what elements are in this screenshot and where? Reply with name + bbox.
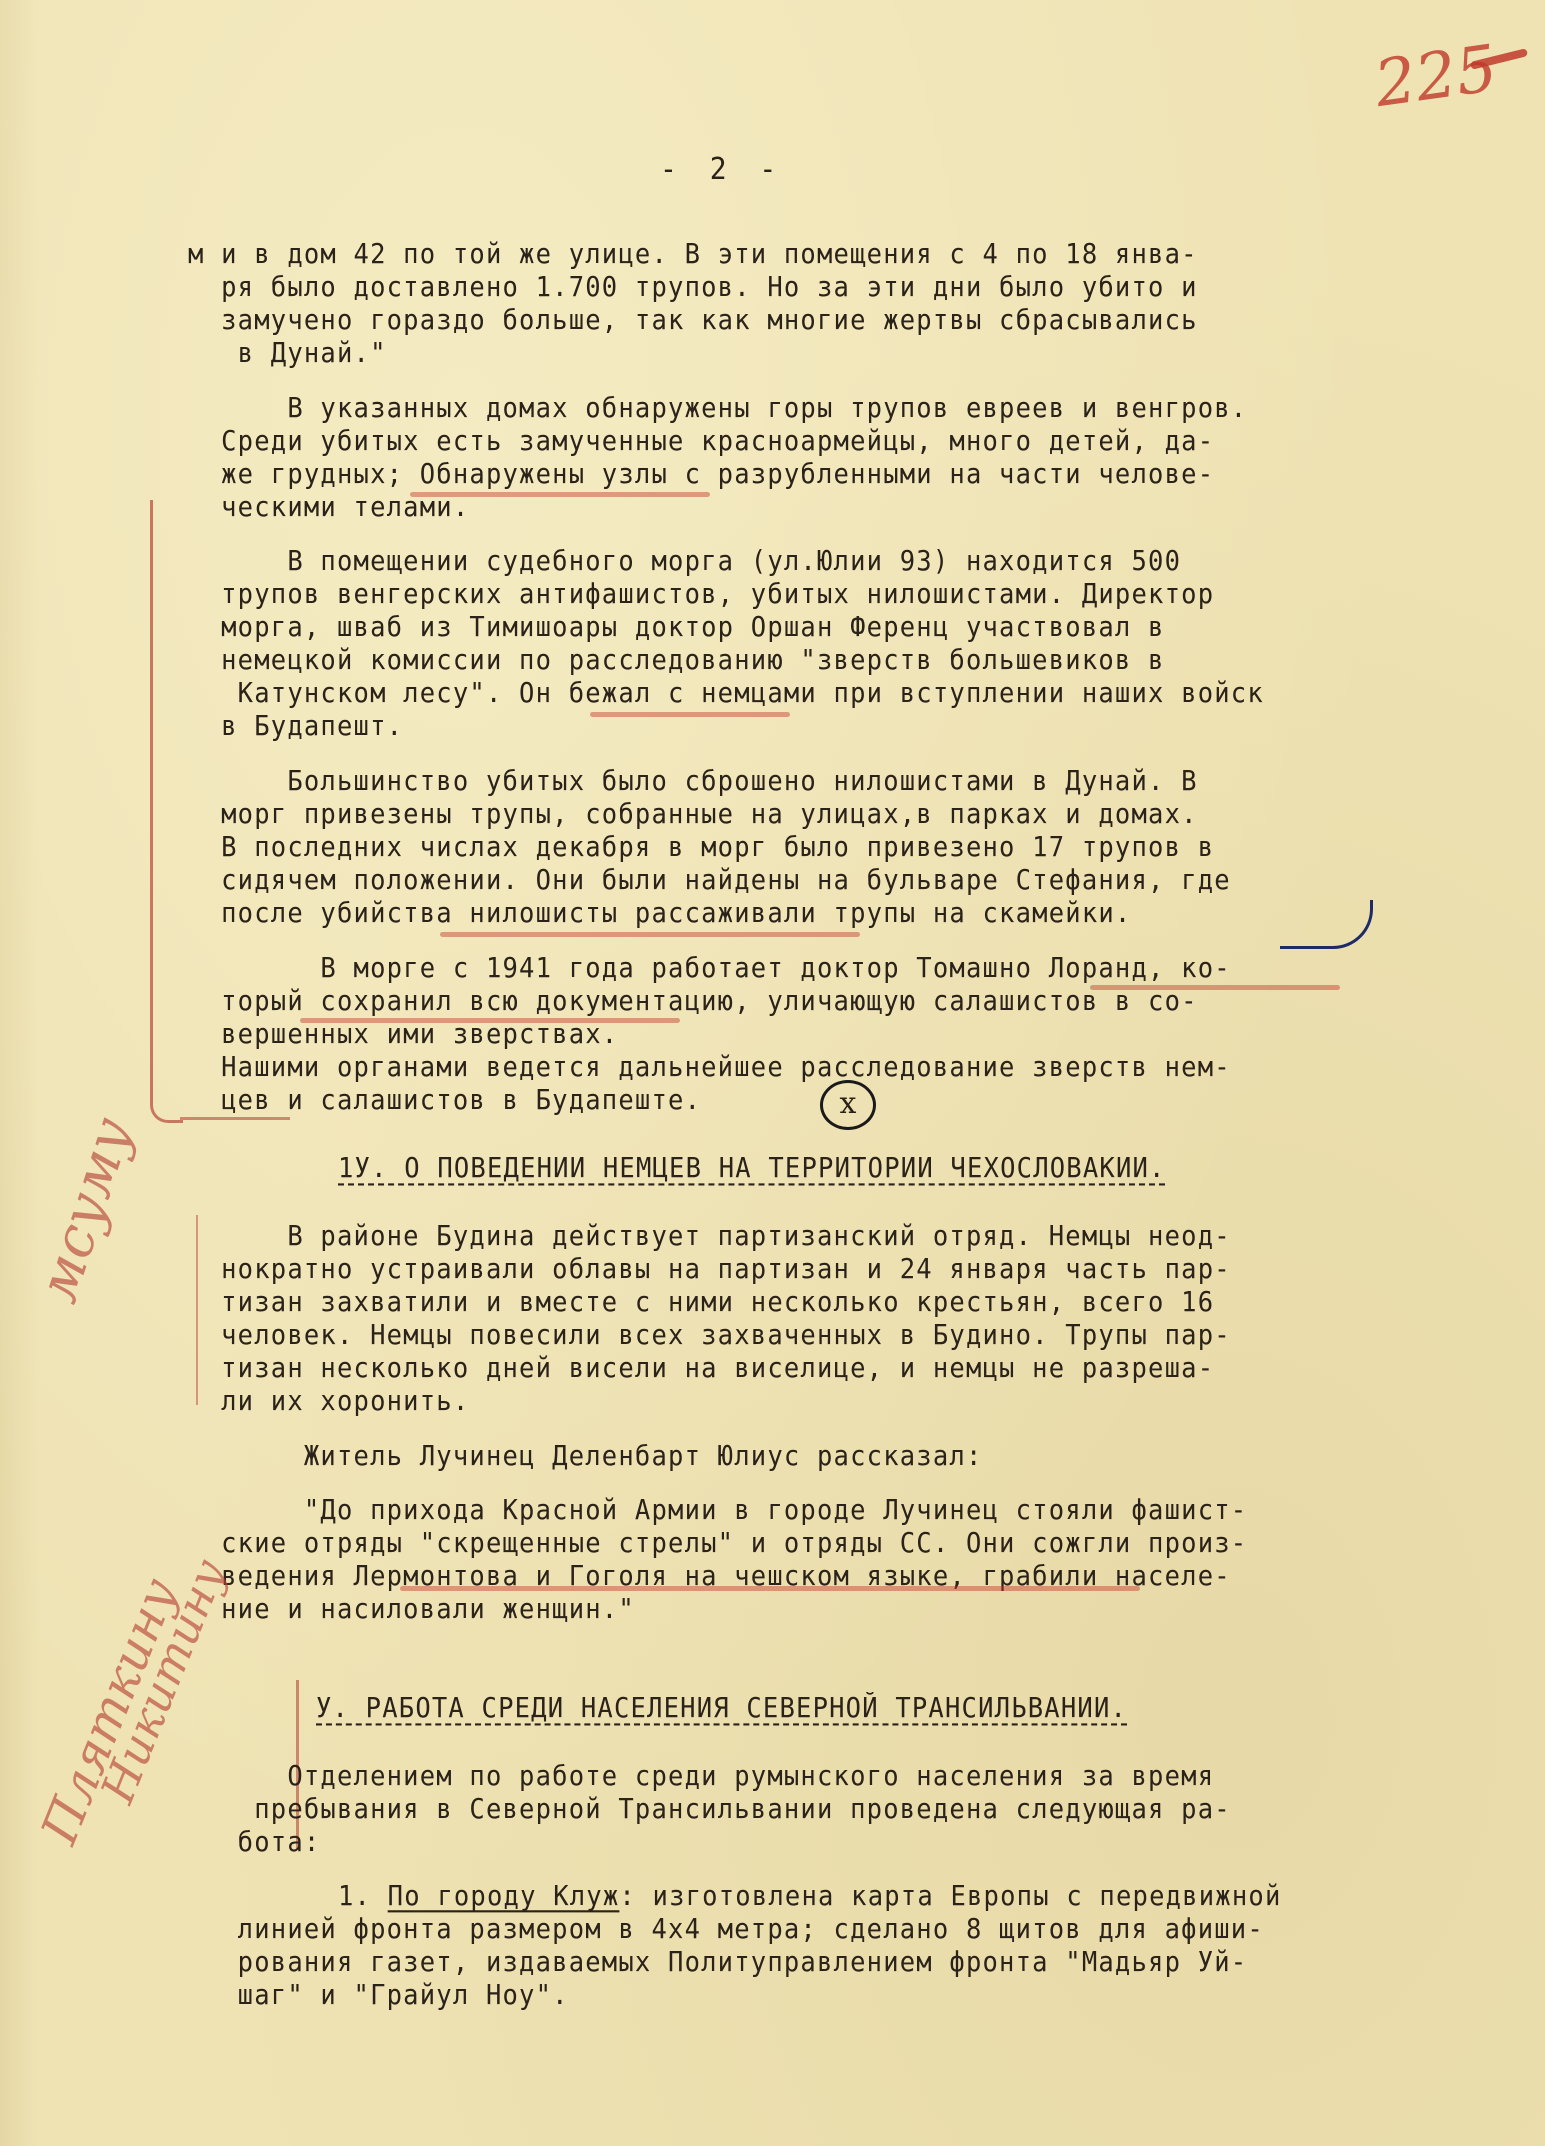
- paragraph-8-line-3: бота:: [188, 1826, 320, 1859]
- quote-line-4: ние и насиловали женщин.": [188, 1593, 635, 1626]
- paragraph-6-line-5: тизан несколько дней висели на виселице,…: [188, 1352, 1214, 1385]
- paragraph-5-line-4: Нашими органами ведется дальнейшее рассл…: [188, 1051, 1231, 1084]
- red-pencil-underline: [400, 1586, 1140, 1591]
- paragraph-3-line-1: В помещении судебного морга (ул.Юлии 93)…: [188, 545, 1181, 578]
- red-pencil-underline: [1090, 985, 1340, 990]
- item-1-text: : изготовлена карта Европы с передвижной: [619, 1880, 1281, 1912]
- document-page: 225 - 2 - м и в дом 42 по той же улице. …: [0, 0, 1545, 2146]
- paragraph-5-line-3: вершенных ими зверствах.: [188, 1018, 618, 1051]
- section-4-heading: 1У. О ПОВЕДЕНИИ НЕМЦЕВ НА ТЕРРИТОРИИ ЧЕХ…: [338, 1152, 1166, 1185]
- paragraph-3-line-3: морга, шваб из Тимишоары доктор Оршан Фе…: [188, 611, 1165, 644]
- paragraph-5-line-2: торый сохранил всю документацию, уличающ…: [188, 985, 1198, 1018]
- paragraph-1-line-3: замучено гораздо больше, так как многие …: [188, 304, 1198, 337]
- paragraph-3-line-6: в Будапешт.: [188, 710, 403, 743]
- section-5-heading: У. РАБОТА СРЕДИ НАСЕЛЕНИЯ СЕВЕРНОЙ ТРАНС…: [316, 1692, 1127, 1725]
- paragraph-1-line-2: ря было доставлено 1.700 трупов. Но за э…: [188, 271, 1198, 304]
- paragraph-8-line-2: пребывания в Северной Трансильвании пров…: [188, 1793, 1231, 1826]
- paragraph-3-line-4: немецкой комиссии по расследованию "звер…: [188, 644, 1165, 677]
- paragraph-5-line-5: цев и салашистов в Будапеште.: [188, 1084, 701, 1117]
- page-number: - 2 -: [660, 152, 784, 185]
- red-pencil-underline: [300, 1018, 680, 1023]
- paragraph-3-line-2: трупов венгерских антифашистов, убитых н…: [188, 578, 1214, 611]
- paragraph-6-line-2: нократно устраивали облавы на партизан и…: [188, 1253, 1231, 1286]
- paragraph-8-line-1: Отделением по работе среди румынского на…: [188, 1760, 1214, 1793]
- paragraph-4-line-3: В последних числах декабря в морг было п…: [188, 831, 1214, 864]
- paragraph-2-line-1: В указанных домах обнаружены горы трупов…: [188, 392, 1247, 425]
- paragraph-2-line-3: же грудных; Обнаружены узлы с разрубленн…: [188, 458, 1214, 491]
- red-pencil-underline: [590, 712, 790, 717]
- folio-number-handwritten: 225: [1370, 32, 1501, 122]
- item-1-line-2: линией фронта размером в 4х4 метра; сдел…: [188, 1913, 1264, 1946]
- paragraph-5-line-1: В морге с 1941 года работает доктор Тома…: [188, 952, 1231, 985]
- item-1-line-4: шаг" и "Грайул Ноу".: [188, 1979, 569, 2012]
- paragraph-6-line-6: ли их хоронить.: [188, 1385, 469, 1418]
- paragraph-2-line-2: Среди убитых есть замученные красноармей…: [188, 425, 1214, 458]
- item-1-label: По городу Клуж: [388, 1880, 620, 1912]
- blue-ink-insertion-mark: [1280, 900, 1373, 949]
- paragraph-6-line-3: тизан захватили и вместе с ними нескольк…: [188, 1286, 1214, 1319]
- paragraph-4-line-5: после убийства нилошисты рассаживали тру…: [188, 897, 1131, 930]
- item-1-number: 1.: [338, 1880, 371, 1912]
- item-1-line-3: рования газет, издаваемых Политуправлени…: [188, 1946, 1247, 1979]
- red-pencil-bracket-tail: [180, 1117, 290, 1120]
- paragraph-1-line-1: м и в дом 42 по той же улице. В эти поме…: [188, 238, 1198, 271]
- paragraph-4-line-1: Большинство убитых было сброшено нилошис…: [188, 765, 1198, 798]
- paragraph-7: Житель Лучинец Деленбарт Юлиус рассказал…: [188, 1440, 983, 1473]
- quote-line-2: ские отряды "скрещенные стрелы" и отряды…: [188, 1527, 1247, 1560]
- paragraph-4-line-4: сидячем положении. Они были найдены на б…: [188, 864, 1231, 897]
- red-pencil-underline: [440, 932, 860, 937]
- red-pencil-underline: [410, 492, 710, 497]
- red-pencil-margin-bracket: [150, 500, 183, 1123]
- paragraph-6-line-4: человек. Немцы повесили всех захваченных…: [188, 1319, 1231, 1352]
- circled-x-mark: x: [820, 1080, 876, 1130]
- paragraph-4-line-2: морг привезены трупы, собранные на улица…: [188, 798, 1198, 831]
- paragraph-3-line-5: Катунском лесу". Он бежал с немцами при …: [188, 677, 1264, 710]
- red-margin-note-1: мсуму: [25, 1110, 145, 1310]
- item-1-line-1: 1. По городу Клуж: изготовлена карта Евр…: [338, 1880, 1282, 1913]
- quote-line-1: "До прихода Красной Армии в городе Лучин…: [188, 1494, 1247, 1527]
- paragraph-6-line-1: В районе Будина действует партизанский о…: [188, 1220, 1231, 1253]
- paragraph-1-line-4: в Дунай.": [188, 337, 387, 370]
